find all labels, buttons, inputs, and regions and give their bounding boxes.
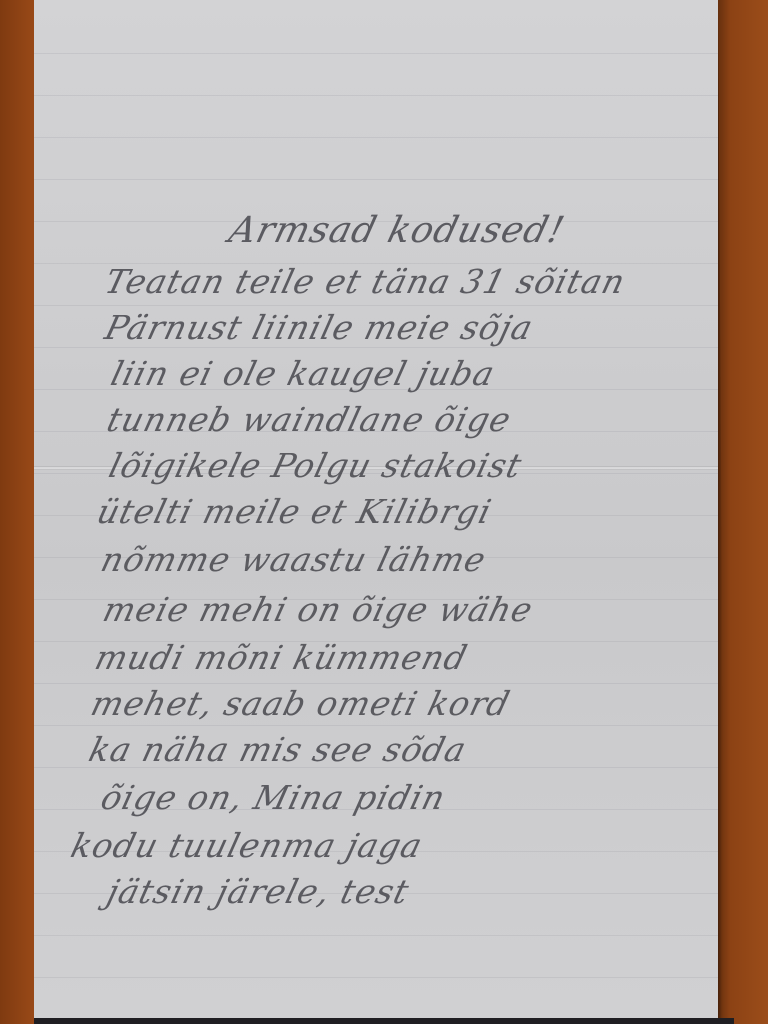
letter-line-2: Pärnust liinile meie sõja: [101, 308, 537, 347]
letter-line-11: ka näha mis see sõda: [85, 730, 471, 769]
letter-line-6: ütelti meile et Kilibrgi: [93, 492, 496, 531]
letter-line-7: nõmme waastu lähme: [97, 540, 490, 579]
letter-salutation: Armsad kodused!: [225, 210, 569, 251]
letter-line-10: mehet, saab ometi kord: [87, 684, 514, 723]
handwritten-letter: Armsad kodused! Teatan teile et täna 31 …: [34, 0, 718, 1024]
letter-paper: Armsad kodused! Teatan teile et täna 31 …: [34, 0, 718, 1024]
wood-table-left: [0, 0, 36, 1024]
letter-line-3: liin ei ole kaugel juba: [107, 354, 499, 393]
letter-line-8: meie mehi on õige wähe: [99, 590, 537, 629]
letter-line-1: Teatan teile et täna 31 sõitan: [101, 262, 630, 301]
letter-line-13: kodu tuulenma jaga: [67, 826, 427, 865]
letter-line-4: tunneb waindlane õige: [103, 400, 515, 439]
letter-line-14: jätsin järele, test: [103, 872, 413, 911]
letter-line-5: lõigikele Polgu stakoist: [105, 446, 526, 485]
paper-bottom-edge: [34, 1018, 734, 1024]
letter-line-9: mudi mõni kümmend: [91, 638, 472, 677]
letter-line-12: õige on, Mina pidin: [97, 778, 450, 817]
wood-table-right: [714, 0, 768, 1024]
